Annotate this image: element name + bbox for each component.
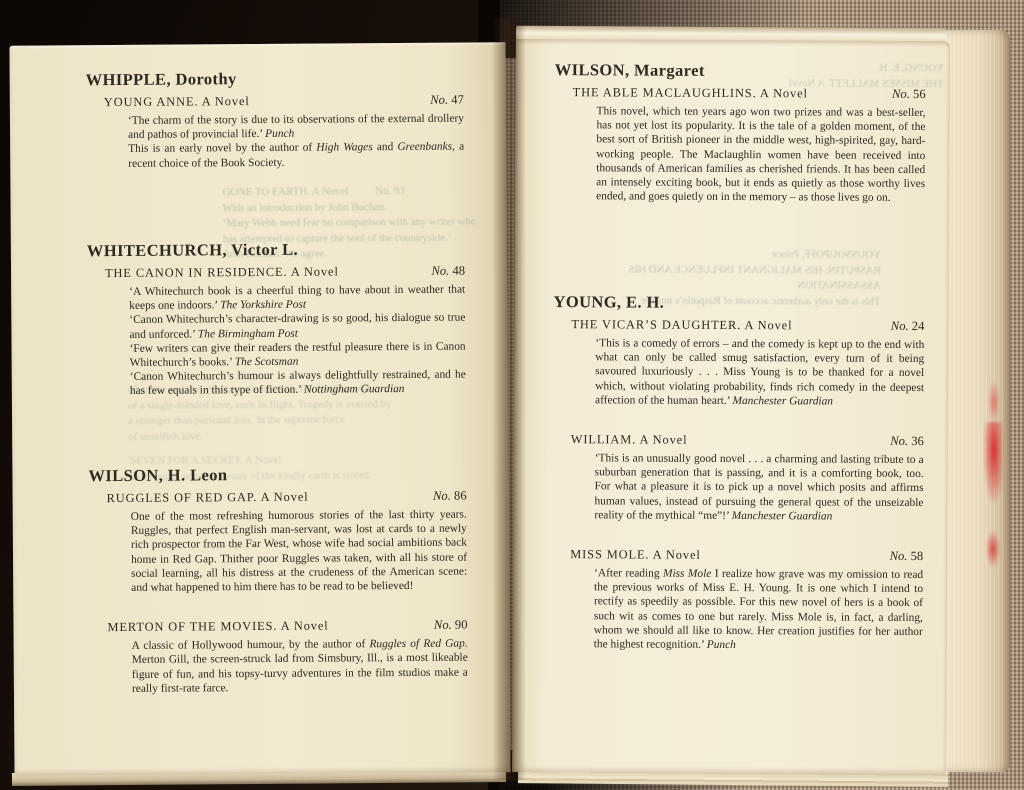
author-heading: WHIPPLE, Dorothy [86, 69, 464, 91]
text-run: and [373, 141, 398, 153]
description-block: ‘A Whitechurch book is a cheerful thing … [87, 283, 466, 399]
book-title: RUGGLES OF RED GAP. A Novel [107, 490, 309, 506]
author-heading: YOUNG, E. H. [553, 293, 924, 314]
text-run: ‘The charm of the story is due to its ob… [128, 113, 464, 142]
number-label: No. [433, 489, 451, 503]
catalog-number: No. 47 [430, 93, 464, 108]
text-run: A classic of Hollywood humour, by the au… [132, 638, 370, 652]
book-entry: THE ABLE MACLAUGHLINS. A NovelNo. 56This… [554, 85, 926, 205]
ghost-line: GONE TO EARTH. A Novel No. 93 [222, 183, 474, 200]
description-paragraph: ‘Canon Whitechurch’s humour is always de… [130, 368, 466, 399]
title-row: RUGGLES OF RED GAP. A NovelNo. 86 [89, 489, 467, 507]
description-paragraph: ‘The charm of the story is due to its ob… [128, 112, 464, 143]
description-paragraph: ‘After reading Miss Mole I realize how g… [594, 566, 923, 653]
description-block: This novel, which ten years ago won two … [554, 104, 926, 205]
open-book-scan: GONE TO EARTH. A Novel No. 93With an int… [0, 0, 1024, 790]
title-row: YOUNG ANNE. A NovelNo. 47 [86, 93, 464, 111]
author-heading: WHITECHURCH, Victor L. [87, 240, 465, 262]
description-block: ‘After reading Miss Mole I realize how g… [552, 566, 923, 653]
text-run: ‘Canon Whitechurch’s humour is always de… [130, 369, 466, 398]
book-entry: WILLIAM. A NovelNo. 36‘This is an unusua… [552, 432, 923, 524]
book-title: THE VICAR’S DAUGHTER. A Novel [571, 317, 792, 333]
catalog-number: No. 90 [434, 618, 468, 633]
ghost-line: ‘Mary Webb need fear no comparison with … [223, 214, 475, 231]
book-entry: YOUNG ANNE. A NovelNo. 47‘The charm of t… [86, 93, 465, 171]
description-paragraph: ‘This is an unusually good novel . . . a… [594, 451, 923, 524]
book-title: THE ABLE MACLAUGHLINS. A Novel [573, 85, 808, 101]
italic-run: The Scotsman [235, 356, 299, 368]
catalog-number: No. 56 [892, 87, 926, 102]
red-stain [988, 380, 1000, 424]
italic-run: Nottingham Guardian [304, 383, 405, 396]
italic-run: The Birmingham Post [198, 327, 298, 340]
number-label: No. [890, 549, 908, 563]
title-row: WILLIAM. A NovelNo. 36 [553, 432, 924, 449]
text-run: One of the most refreshing humorous stor… [131, 509, 467, 594]
ghost-line: YOUSSOUPOFF, Prince [563, 246, 881, 263]
ghost-line: of unselfish love. [128, 427, 472, 445]
italic-run: Punch [707, 639, 736, 651]
book-entry: RUGGLES OF RED GAP. A NovelNo. 86One of … [89, 489, 468, 596]
title-row: THE ABLE MACLAUGHLINS. A NovelNo. 56 [555, 85, 926, 102]
book-entry: MERTON OF THE MOVIES. A NovelNo. 90A cla… [89, 618, 468, 696]
right-page: YOUNG, E. H.THE MISSES MALLETT. A NovelY… [512, 39, 950, 774]
red-stain [984, 422, 1002, 502]
book-title: WILLIAM. A Novel [571, 432, 688, 448]
italic-run: Ruggles of Red Gap [369, 638, 464, 651]
number-label: No. [890, 434, 908, 448]
catalog-section: YOUNG, E. H.THE VICAR’S DAUGHTER. A Nove… [552, 293, 925, 653]
description-paragraph: One of the most refreshing humorous stor… [131, 508, 468, 596]
italic-run: Greenbanks [397, 141, 452, 153]
title-row: THE VICAR’S DAUGHTER. A NovelNo. 24 [553, 317, 924, 334]
italic-run: Manchester Guardian [732, 395, 833, 408]
catalog-section: WILSON, MargaretTHE ABLE MACLAUGHLINS. A… [554, 61, 926, 205]
number-label: No. [430, 93, 448, 107]
title-row: THE CANON IN RESIDENCE. A NovelNo. 48 [87, 264, 465, 282]
page-fore-edge [946, 30, 1010, 772]
number-label: No. [892, 87, 910, 101]
description-block: One of the most refreshing humorous stor… [89, 508, 468, 596]
number-label: No. [431, 264, 449, 278]
italic-run: Punch [265, 128, 294, 140]
text-run: ‘After reading [594, 567, 663, 579]
catalog-number: No. 36 [890, 434, 924, 449]
title-row: MERTON OF THE MOVIES. A NovelNo. 90 [89, 618, 467, 636]
italic-run: High Wages [316, 142, 372, 154]
text-run: This is an early novel by the author of [128, 142, 316, 155]
description-block: A classic of Hollywood humour, by the au… [90, 637, 468, 696]
description-block: ‘This is a comedy of errors – and the co… [553, 336, 924, 409]
book-entry: THE CANON IN RESIDENCE. A NovelNo. 48‘A … [87, 264, 466, 399]
book-title: THE CANON IN RESIDENCE. A Novel [105, 264, 339, 281]
description-paragraph: This is an early novel by the author of … [128, 140, 464, 171]
red-stain [986, 530, 1000, 568]
catalog-number: No. 48 [431, 264, 465, 279]
text-run: This novel, which ten years ago won two … [596, 105, 926, 204]
book-title: YOUNG ANNE. A Novel [104, 94, 250, 110]
description-block: ‘The charm of the story is due to its ob… [86, 112, 464, 171]
book-entry: THE VICAR’S DAUGHTER. A NovelNo. 24‘This… [553, 317, 924, 409]
catalog-number: No. 24 [891, 319, 925, 334]
catalog-number: No. 58 [890, 549, 924, 564]
catalog-section: WILSON, H. LeonRUGGLES OF RED GAP. A Nov… [88, 465, 468, 697]
description-paragraph: ‘Few writers can give their readers the … [130, 339, 466, 370]
description-paragraph: This novel, which ten years ago won two … [596, 104, 926, 205]
text-run: I realize how grave was my omission to r… [594, 568, 923, 651]
description-paragraph: ‘Canon Whitechurch’s character-drawing i… [129, 311, 465, 342]
catalog-section: WHIPPLE, DorothyYOUNG ANNE. A NovelNo. 4… [86, 69, 465, 171]
book-title: MERTON OF THE MOVIES. A Novel [107, 619, 328, 636]
gutter-shadow [492, 18, 526, 780]
book-entry: MISS MOLE. A NovelNo. 58‘After reading M… [552, 547, 924, 653]
book-title: MISS MOLE. A Novel [570, 547, 701, 563]
ghost-line: With an introduction by John Buchan. [223, 199, 475, 216]
author-heading: WILSON, Margaret [555, 61, 926, 82]
title-row: MISS MOLE. A NovelNo. 58 [552, 547, 923, 564]
description-paragraph: A classic of Hollywood humour, by the au… [132, 637, 468, 696]
description-paragraph: ‘A Whitechurch book is a cheerful thing … [129, 283, 465, 314]
italic-run: Miss Mole [663, 568, 711, 580]
number-label: No. [434, 618, 452, 632]
author-heading: WILSON, H. Leon [88, 465, 466, 487]
catalog-number: No. 86 [433, 489, 467, 504]
description-block: ‘This is an unusually good novel . . . a… [552, 451, 923, 524]
catalog-section: WHITECHURCH, Victor L.THE CANON IN RESID… [87, 240, 466, 399]
left-page: GONE TO EARTH. A Novel No. 93With an int… [9, 42, 510, 775]
ghost-line: RASPUTIN: HIS MALIGNANT INFLUENCE AND HI… [563, 262, 881, 279]
italic-run: Manchester Guardian [732, 510, 833, 523]
number-label: No. [891, 319, 909, 333]
description-paragraph: ‘This is a comedy of errors – and the co… [595, 336, 924, 409]
italic-run: The Yorkshire Post [220, 299, 306, 312]
